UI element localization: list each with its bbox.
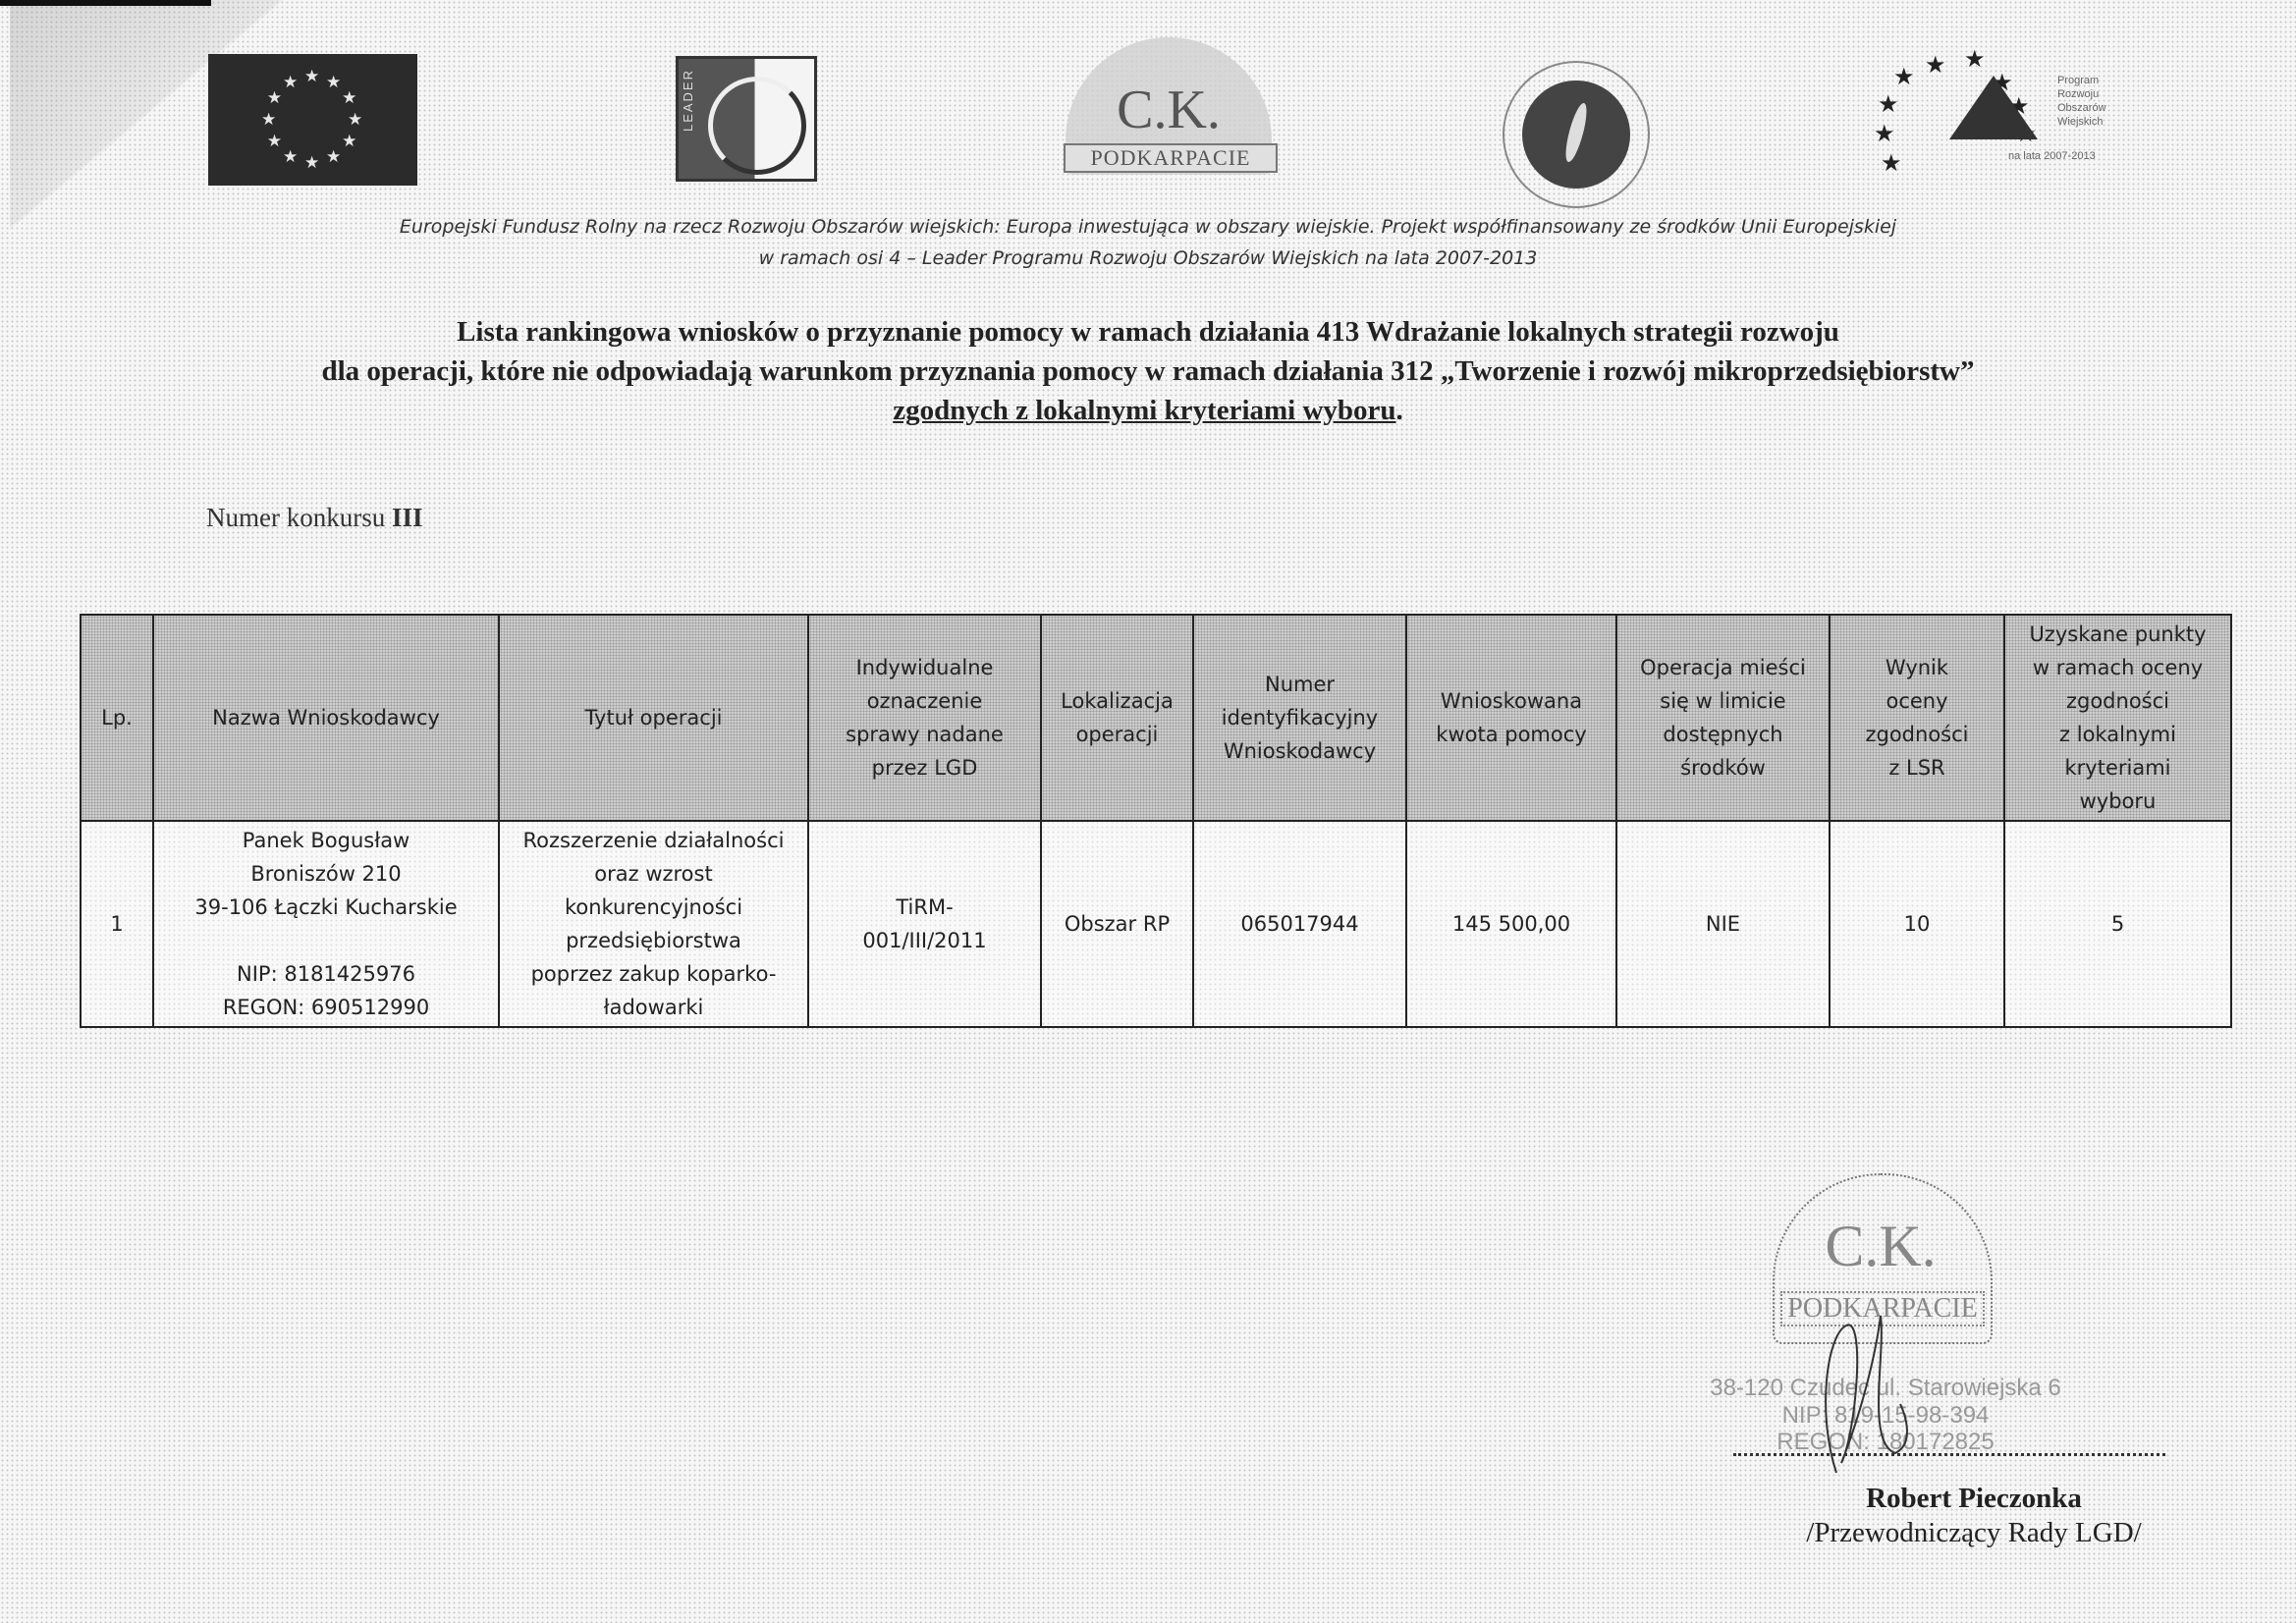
eu-star-icon: ★ [283, 74, 298, 90]
cell-line: oraz wzrost [506, 857, 801, 891]
column-header-text: wyboru [2011, 784, 2224, 818]
column-header: Uzyskane punktyw ramach ocenyzgodnościz … [2004, 615, 2231, 821]
column-header-text: Lp. [87, 701, 146, 734]
prow-line: Program [2057, 74, 2106, 87]
eu-star-icon: ★ [304, 68, 319, 84]
eu-star-icon: ★ [261, 111, 276, 128]
cell-line: Rozszerzenie działalności [506, 824, 801, 857]
column-header-text: Nazwa Wnioskodawcy [160, 701, 492, 734]
cell-line: ładowarki [506, 991, 801, 1024]
ranking-table: Lp.Nazwa WnioskodawcyTytuł operacjiIndyw… [80, 614, 2232, 1028]
contest-label: Numer konkursu [206, 503, 385, 532]
column-header: Indywidualneoznaczeniesprawy nadaneprzez… [808, 615, 1041, 821]
cell-operation-title: Rozszerzenie działalnościoraz wzrostkonk… [499, 821, 808, 1027]
stamp-letters: C.K. [1773, 1213, 1989, 1280]
ck-logo-letters: C.K. [1056, 79, 1282, 141]
leader-logo-text: LEADER [681, 69, 695, 132]
column-header-text: z lokalnymi [2011, 718, 2224, 751]
column-header-text: operacji [1048, 718, 1186, 751]
document-title-line-1: Lista rankingowa wniosków o przyznanie p… [0, 316, 2296, 349]
ck-podkarpacie-logo: C.K. PODKARPACIE [1056, 37, 1282, 175]
column-header: Lp. [81, 615, 153, 821]
ck-logo-name: PODKARPACIE [1064, 143, 1278, 173]
leader-logo: LEADER [676, 56, 817, 182]
star-icon: ★ [1893, 66, 1915, 89]
column-header-text: kwota pomocy [1413, 718, 1610, 751]
contest-value: III [392, 503, 423, 532]
scan-edge-shadow [0, 0, 211, 6]
star-icon: ★ [1964, 48, 1986, 72]
funding-note-line-1: Europejski Fundusz Rolny na rzecz Rozwoj… [0, 216, 2296, 238]
eu-star-icon: ★ [326, 74, 341, 90]
column-header-text: dostępnych [1623, 718, 1823, 751]
star-icon: ★ [1881, 152, 1902, 176]
eu-star-icon: ★ [342, 89, 356, 106]
signature-line [1733, 1441, 2165, 1456]
cell-line: REGON: 690512990 [160, 991, 492, 1024]
column-header-text: zgodności [2011, 684, 2224, 718]
column-header-text: sprawy nadane [815, 718, 1034, 751]
signer-name: Robert Pieczonka [1669, 1483, 2278, 1515]
cell-line: TiRM- [815, 891, 1034, 924]
eu-star-icon: ★ [267, 89, 282, 106]
eu-star-icon: ★ [342, 133, 356, 149]
cell-line: 39-106 Łączki Kucharskie [160, 891, 492, 924]
eu-star-icon: ★ [326, 148, 341, 165]
cell-line: Broniszów 210 [160, 857, 492, 891]
title-underlined: zgodnych z lokalnymi kryteriami wyboru [893, 395, 1395, 426]
cell-line: NIP: 8181425976 [160, 957, 492, 991]
eu-star-icon: ★ [304, 154, 319, 171]
cell-case-id: TiRM-001/III/2011 [808, 821, 1041, 1027]
prow-line: Obszarów [2057, 101, 2106, 115]
column-header: Lokalizacjaoperacji [1041, 615, 1193, 821]
cell-applicant-id: 065017944 [1193, 821, 1406, 1027]
house-roof-icon [1949, 76, 2038, 139]
column-header: Operacja mieścisię w limiciedostępnychśr… [1616, 615, 1830, 821]
column-header-text: kryteriami [2011, 751, 2224, 784]
column-header-text: środków [1623, 751, 1823, 784]
prow-line: Wiejskich [2057, 115, 2106, 129]
prow-logo: ★ ★ ★ ★ ★ ★ ★ ★ ★ Program Rozwoju Obszar… [1866, 54, 2180, 177]
eu-star-icon: ★ [283, 148, 298, 165]
cell-line: 001/III/2011 [815, 924, 1034, 957]
eu-flag-logo: ★★★★★★★★★★★★ [208, 54, 417, 186]
cell-amount: 145 500,00 [1406, 821, 1616, 1027]
column-header: Wnioskowanakwota pomocy [1406, 615, 1616, 821]
column-header-text: się w limicie [1623, 684, 1823, 718]
star-icon: ★ [1878, 93, 1899, 117]
column-header: Wynikocenyzgodnościz LSR [1830, 615, 2004, 821]
cell-within-limit: NIE [1616, 821, 1830, 1027]
column-header-text: zgodności [1836, 718, 1997, 751]
column-header-text: oznaczenie [815, 684, 1034, 718]
cell-local-criteria-points: 5 [2004, 821, 2231, 1027]
column-header-text: Numer [1200, 668, 1399, 701]
column-header: Tytuł operacji [499, 615, 808, 821]
cell-line: konkurencyjności [506, 891, 801, 924]
cell-location: Obszar RP [1041, 821, 1193, 1027]
column-header-text: identyfikacyjny [1200, 701, 1399, 734]
column-header-text: oceny [1836, 684, 1997, 718]
cell-lsr-score: 10 [1830, 821, 2004, 1027]
document-title-line-3: zgodnych z lokalnymi kryteriami wyboru. [0, 395, 2296, 427]
cell-line: poprzez zakup koparko- [506, 957, 801, 991]
eu-star-icon: ★ [267, 133, 282, 149]
eu-star-icon: ★ [348, 111, 362, 128]
signer-role: /Przewodniczący Rady LGD/ [1669, 1517, 2278, 1549]
cell-line: przedsiębiorstwa [506, 924, 801, 957]
column-header: Nazwa Wnioskodawcy [153, 615, 499, 821]
column-header-text: Uzyskane punkty [2011, 618, 2224, 651]
prow-years: na lata 2007-2013 [2008, 150, 2096, 162]
table-row: 1Panek BogusławBroniszów 21039-106 Łączk… [81, 821, 2231, 1027]
table-header-row: Lp.Nazwa WnioskodawcyTytuł operacjiIndyw… [81, 615, 2231, 821]
cell-lp: 1 [81, 821, 153, 1027]
column-header-text: Wnioskodawcy [1200, 734, 1399, 768]
column-header-text: przez LGD [815, 751, 1034, 784]
leader-arc-icon [708, 77, 806, 175]
title-period: . [1396, 395, 1403, 426]
handwritten-signature [1807, 1296, 1925, 1492]
star-icon: ★ [1874, 123, 1895, 146]
column-header-text: Lokalizacja [1048, 684, 1186, 718]
column-header-text: Indywidualne [815, 651, 1034, 684]
column-header-text: Operacja mieści [1623, 651, 1823, 684]
document-title-line-2: dla operacji, które nie odpowiadają waru… [0, 355, 2296, 388]
cell-line [160, 924, 492, 957]
contest-number: Numer konkursu III [206, 503, 423, 533]
column-header: NumeridentyfikacyjnyWnioskodawcy [1193, 615, 1406, 821]
column-header-text: Wynik [1836, 651, 1997, 684]
column-header-text: z LSR [1836, 751, 1997, 784]
prow-line: Rozwoju [2057, 87, 2106, 101]
prow-logo-text: Program Rozwoju Obszarów Wiejskich [2057, 74, 2106, 129]
column-header-text: Wnioskowana [1413, 684, 1610, 718]
column-header-text: w ramach oceny [2011, 651, 2224, 684]
ministry-seal-logo [1503, 61, 1650, 208]
column-header-text: Tytuł operacji [506, 701, 801, 734]
cell-applicant: Panek BogusławBroniszów 21039-106 Łączki… [153, 821, 499, 1027]
funding-note-line-2: w ramach osi 4 – Leader Programu Rozwoju… [0, 247, 2296, 269]
star-icon: ★ [1925, 54, 1946, 78]
cell-line: Panek Bogusław [160, 824, 492, 857]
